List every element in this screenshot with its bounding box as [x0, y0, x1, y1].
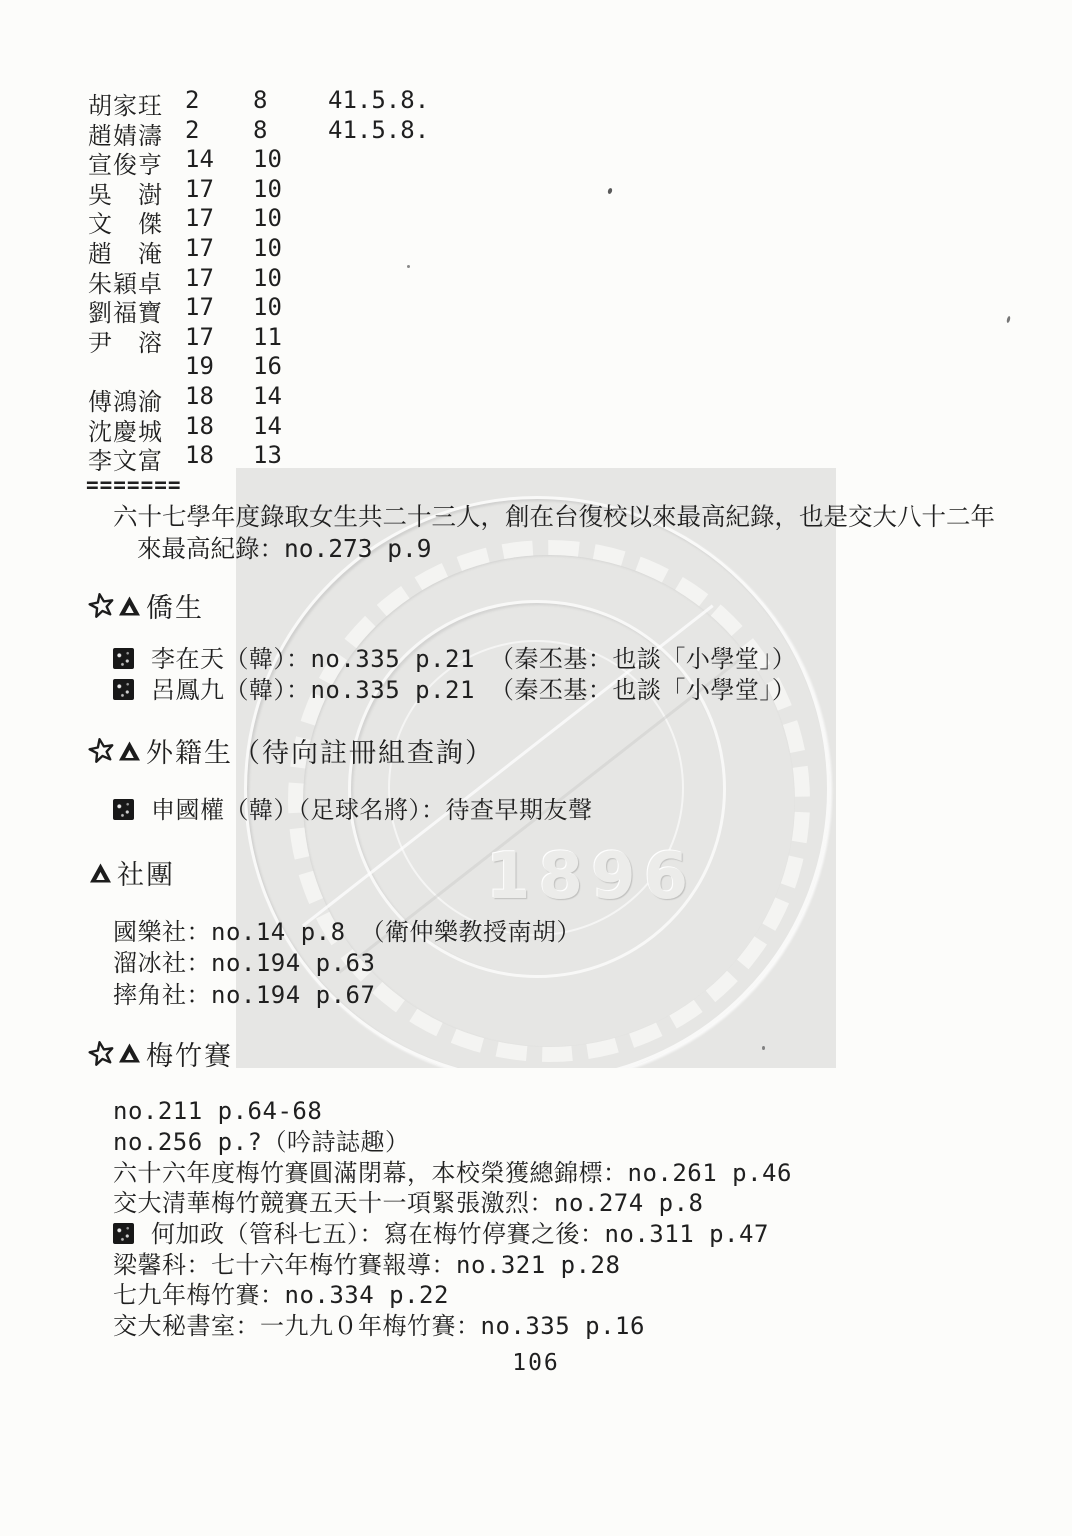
list-item: 交大清華梅竹競賽五天十一項緊張激烈：no.274 p.8	[113, 1188, 1072, 1219]
stamp-mark-icon	[113, 799, 134, 820]
document-section: 梅竹賽 no.211 p.64-68 no.256 p.?（吟詩誌趣） 六十六年…	[0, 1035, 1072, 1342]
entry-text: no.256 p.?（吟詩誌趣）	[113, 1128, 410, 1156]
section-title: 梅竹賽	[146, 1034, 233, 1073]
triangle-icon	[117, 1041, 142, 1065]
table-row: 胡家玨 2 8 41.5.8.	[88, 86, 1072, 116]
entry-text: 申國權（韓）（足球名將）：待查早期友聲	[151, 796, 593, 824]
section-markers	[88, 1040, 142, 1067]
entry-text: 何加政（管科七五）：寫在梅竹停賽之後：no.311 p.47	[151, 1220, 769, 1248]
table-row: 19 16	[88, 352, 1072, 382]
table-row: 吳 澍 17 10	[88, 175, 1072, 205]
entry-text: 溜冰社：no.194 p.63	[113, 949, 375, 977]
section-markers	[88, 737, 142, 764]
entry-list: no.211 p.64-68 no.256 p.?（吟詩誌趣） 六十六年度梅竹賽…	[113, 1096, 1072, 1342]
count-cell-2: 10	[253, 293, 328, 321]
count-cell-1: 17	[185, 234, 253, 262]
section-heading: 外籍生（待向註冊組查詢）	[88, 733, 1072, 769]
count-cell-1: 17	[185, 264, 253, 292]
count-cell-1: 17	[185, 204, 253, 232]
star-icon	[86, 590, 117, 621]
sections: 僑生 李在天（韓）：no.335 p.21 （秦丕基：也談「小學堂」） 呂鳳九（…	[0, 588, 1072, 1342]
triangle-icon	[117, 739, 142, 763]
section-title: 社團	[117, 853, 175, 892]
entry-list: 申國權（韓）（足球名將）：待查早期友聲	[113, 795, 1072, 826]
list-item: 李在天（韓）：no.335 p.21 （秦丕基：也談「小學堂」）	[113, 644, 1072, 675]
list-item: 何加政（管科七五）：寫在梅竹停賽之後：no.311 p.47	[113, 1219, 1072, 1250]
entry-text: 七九年梅竹賽：no.334 p.22	[113, 1281, 449, 1309]
table-row: 文 傑 17 10	[88, 204, 1072, 234]
count-cell-2: 10	[253, 204, 328, 232]
count-cell-2: 10	[253, 145, 328, 173]
scanned-document-page: 1896 胡家玨 2 8 41.5.8. 趙婧濤 2 8 41.5.8. 宣俊亨…	[0, 0, 1072, 1536]
entry-text: 交大秘書室：一九九０年梅竹賽：no.335 p.16	[113, 1312, 645, 1340]
list-item: 申國權（韓）（足球名將）：待查早期友聲	[113, 795, 1072, 826]
document-section: 社團 國樂社：no.14 p.8 （衛仲樂教授南胡） 溜冰社：no.194 p.…	[0, 855, 1072, 1012]
count-cell-1: 17	[185, 175, 253, 203]
triangle-icon	[88, 861, 113, 885]
count-cell-1: 2	[185, 116, 253, 144]
section-markers	[88, 592, 142, 619]
list-item: 溜冰社：no.194 p.63	[113, 948, 1072, 980]
entry-text: 交大清華梅竹競賽五天十一項緊張激烈：no.274 p.8	[113, 1189, 704, 1217]
note-line-1: 六十七學年度錄取女生共二十三人，創在台復校以來最高紀錄，也是交大八十二年	[113, 501, 1072, 534]
table-row: 趙 淹 17 10	[88, 234, 1072, 264]
count-cell-2: 16	[253, 352, 328, 380]
scan-speck	[407, 265, 410, 268]
count-cell-1: 18	[185, 441, 253, 469]
list-item: 呂鳳九（韓）：no.335 p.21 （秦丕基：也談「小學堂」）	[113, 675, 1072, 706]
entry-text: 摔角社：no.194 p.67	[113, 981, 375, 1009]
entry-text: no.211 p.64-68	[113, 1097, 322, 1125]
count-cell-1: 18	[185, 382, 253, 410]
person-name-cell: 尹 溶	[88, 323, 185, 358]
list-item: 七九年梅竹賽：no.334 p.22	[113, 1280, 1072, 1311]
triangle-icon	[117, 594, 142, 618]
list-item: 國樂社：no.14 p.8 （衛仲樂教授南胡）	[113, 917, 1072, 949]
list-item: 交大秘書室：一九九０年梅竹賽：no.335 p.16	[113, 1311, 1072, 1342]
count-cell-1: 18	[185, 412, 253, 440]
count-cell-2: 10	[253, 175, 328, 203]
entry-text: 李在天（韓）：no.335 p.21 （秦丕基：也談「小學堂」）	[151, 645, 796, 673]
date-cell: 41.5.8.	[328, 86, 429, 114]
section-title: 外籍生（待向註冊組查詢）	[146, 731, 494, 770]
count-cell-1: 17	[185, 323, 253, 351]
divider-line: =======	[86, 473, 1072, 497]
entry-text: 梁馨科：七十六年梅竹賽報導：no.321 p.28	[113, 1251, 620, 1279]
count-cell-2: 14	[253, 382, 328, 410]
count-cell-2: 10	[253, 234, 328, 262]
count-cell-2: 8	[253, 86, 328, 114]
stamp-mark-icon	[113, 648, 134, 669]
document-section: 僑生 李在天（韓）：no.335 p.21 （秦丕基：也談「小學堂」） 呂鳳九（…	[0, 588, 1072, 706]
table-row: 趙婧濤 2 8 41.5.8.	[88, 116, 1072, 146]
section-title: 僑生	[146, 586, 204, 625]
list-item: no.256 p.?（吟詩誌趣）	[113, 1127, 1072, 1158]
star-icon	[86, 735, 117, 766]
entry-text: 呂鳳九（韓）：no.335 p.21 （秦丕基：也談「小學堂」）	[151, 676, 796, 704]
entry-text: 六十六年度梅竹賽圓滿閉幕，本校榮獲總錦標：no.261 p.46	[113, 1159, 792, 1187]
count-cell-2: 14	[253, 412, 328, 440]
list-item: no.211 p.64-68	[113, 1096, 1072, 1127]
count-cell-1: 19	[185, 352, 253, 380]
list-item: 六十六年度梅竹賽圓滿閉幕，本校榮獲總錦標：no.261 p.46	[113, 1158, 1072, 1189]
star-icon	[86, 1038, 117, 1069]
table-row: 尹 溶 17 11	[88, 323, 1072, 353]
table-row: 朱穎卓 17 10	[88, 264, 1072, 294]
stamp-mark-icon	[113, 679, 134, 700]
person-name-cell: 李文富	[88, 441, 185, 476]
section-markers	[88, 861, 113, 885]
entry-text: 國樂社：no.14 p.8 （衛仲樂教授南胡）	[113, 918, 581, 946]
count-cell-2: 13	[253, 441, 328, 469]
count-cell-2: 8	[253, 116, 328, 144]
document-section: 外籍生（待向註冊組查詢） 申國權（韓）（足球名將）：待查早期友聲	[0, 733, 1072, 826]
note-paragraph: 六十七學年度錄取女生共二十三人，創在台復校以來最高紀錄，也是交大八十二年 來最高…	[0, 501, 1072, 566]
count-cell-1: 17	[185, 293, 253, 321]
count-cell-1: 14	[185, 145, 253, 173]
section-heading: 社團	[88, 855, 1072, 891]
list-item: 摔角社：no.194 p.67	[113, 980, 1072, 1012]
scan-speck	[762, 1046, 765, 1050]
note-line-2: 來最高紀錄：no.273 p.9	[137, 533, 1072, 566]
section-heading: 僑生	[88, 588, 1072, 624]
entry-list: 李在天（韓）：no.335 p.21 （秦丕基：也談「小學堂」） 呂鳳九（韓）：…	[113, 644, 1072, 706]
table-row: 傅鴻渝 18 14	[88, 382, 1072, 412]
date-cell: 41.5.8.	[328, 116, 429, 144]
count-cell-2: 11	[253, 323, 328, 351]
count-cell-1: 2	[185, 86, 253, 114]
table-row: 劉福寶 17 10	[88, 293, 1072, 323]
table-row: 李文富 18 13	[88, 441, 1072, 471]
count-cell-2: 10	[253, 264, 328, 292]
table-row: 沈慶城 18 14	[88, 412, 1072, 442]
page-number: 106	[0, 1350, 1072, 1376]
table-row: 宣俊亨 14 10	[88, 145, 1072, 175]
section-heading: 梅竹賽	[88, 1035, 1072, 1071]
entry-list: 國樂社：no.14 p.8 （衛仲樂教授南胡） 溜冰社：no.194 p.63 …	[113, 917, 1072, 1012]
page-content: 胡家玨 2 8 41.5.8. 趙婧濤 2 8 41.5.8. 宣俊亨 14 1…	[0, 0, 1072, 1376]
list-item: 梁馨科：七十六年梅竹賽報導：no.321 p.28	[113, 1250, 1072, 1281]
stamp-mark-icon	[113, 1223, 134, 1244]
name-table: 胡家玨 2 8 41.5.8. 趙婧濤 2 8 41.5.8. 宣俊亨 14 1…	[88, 86, 1072, 471]
